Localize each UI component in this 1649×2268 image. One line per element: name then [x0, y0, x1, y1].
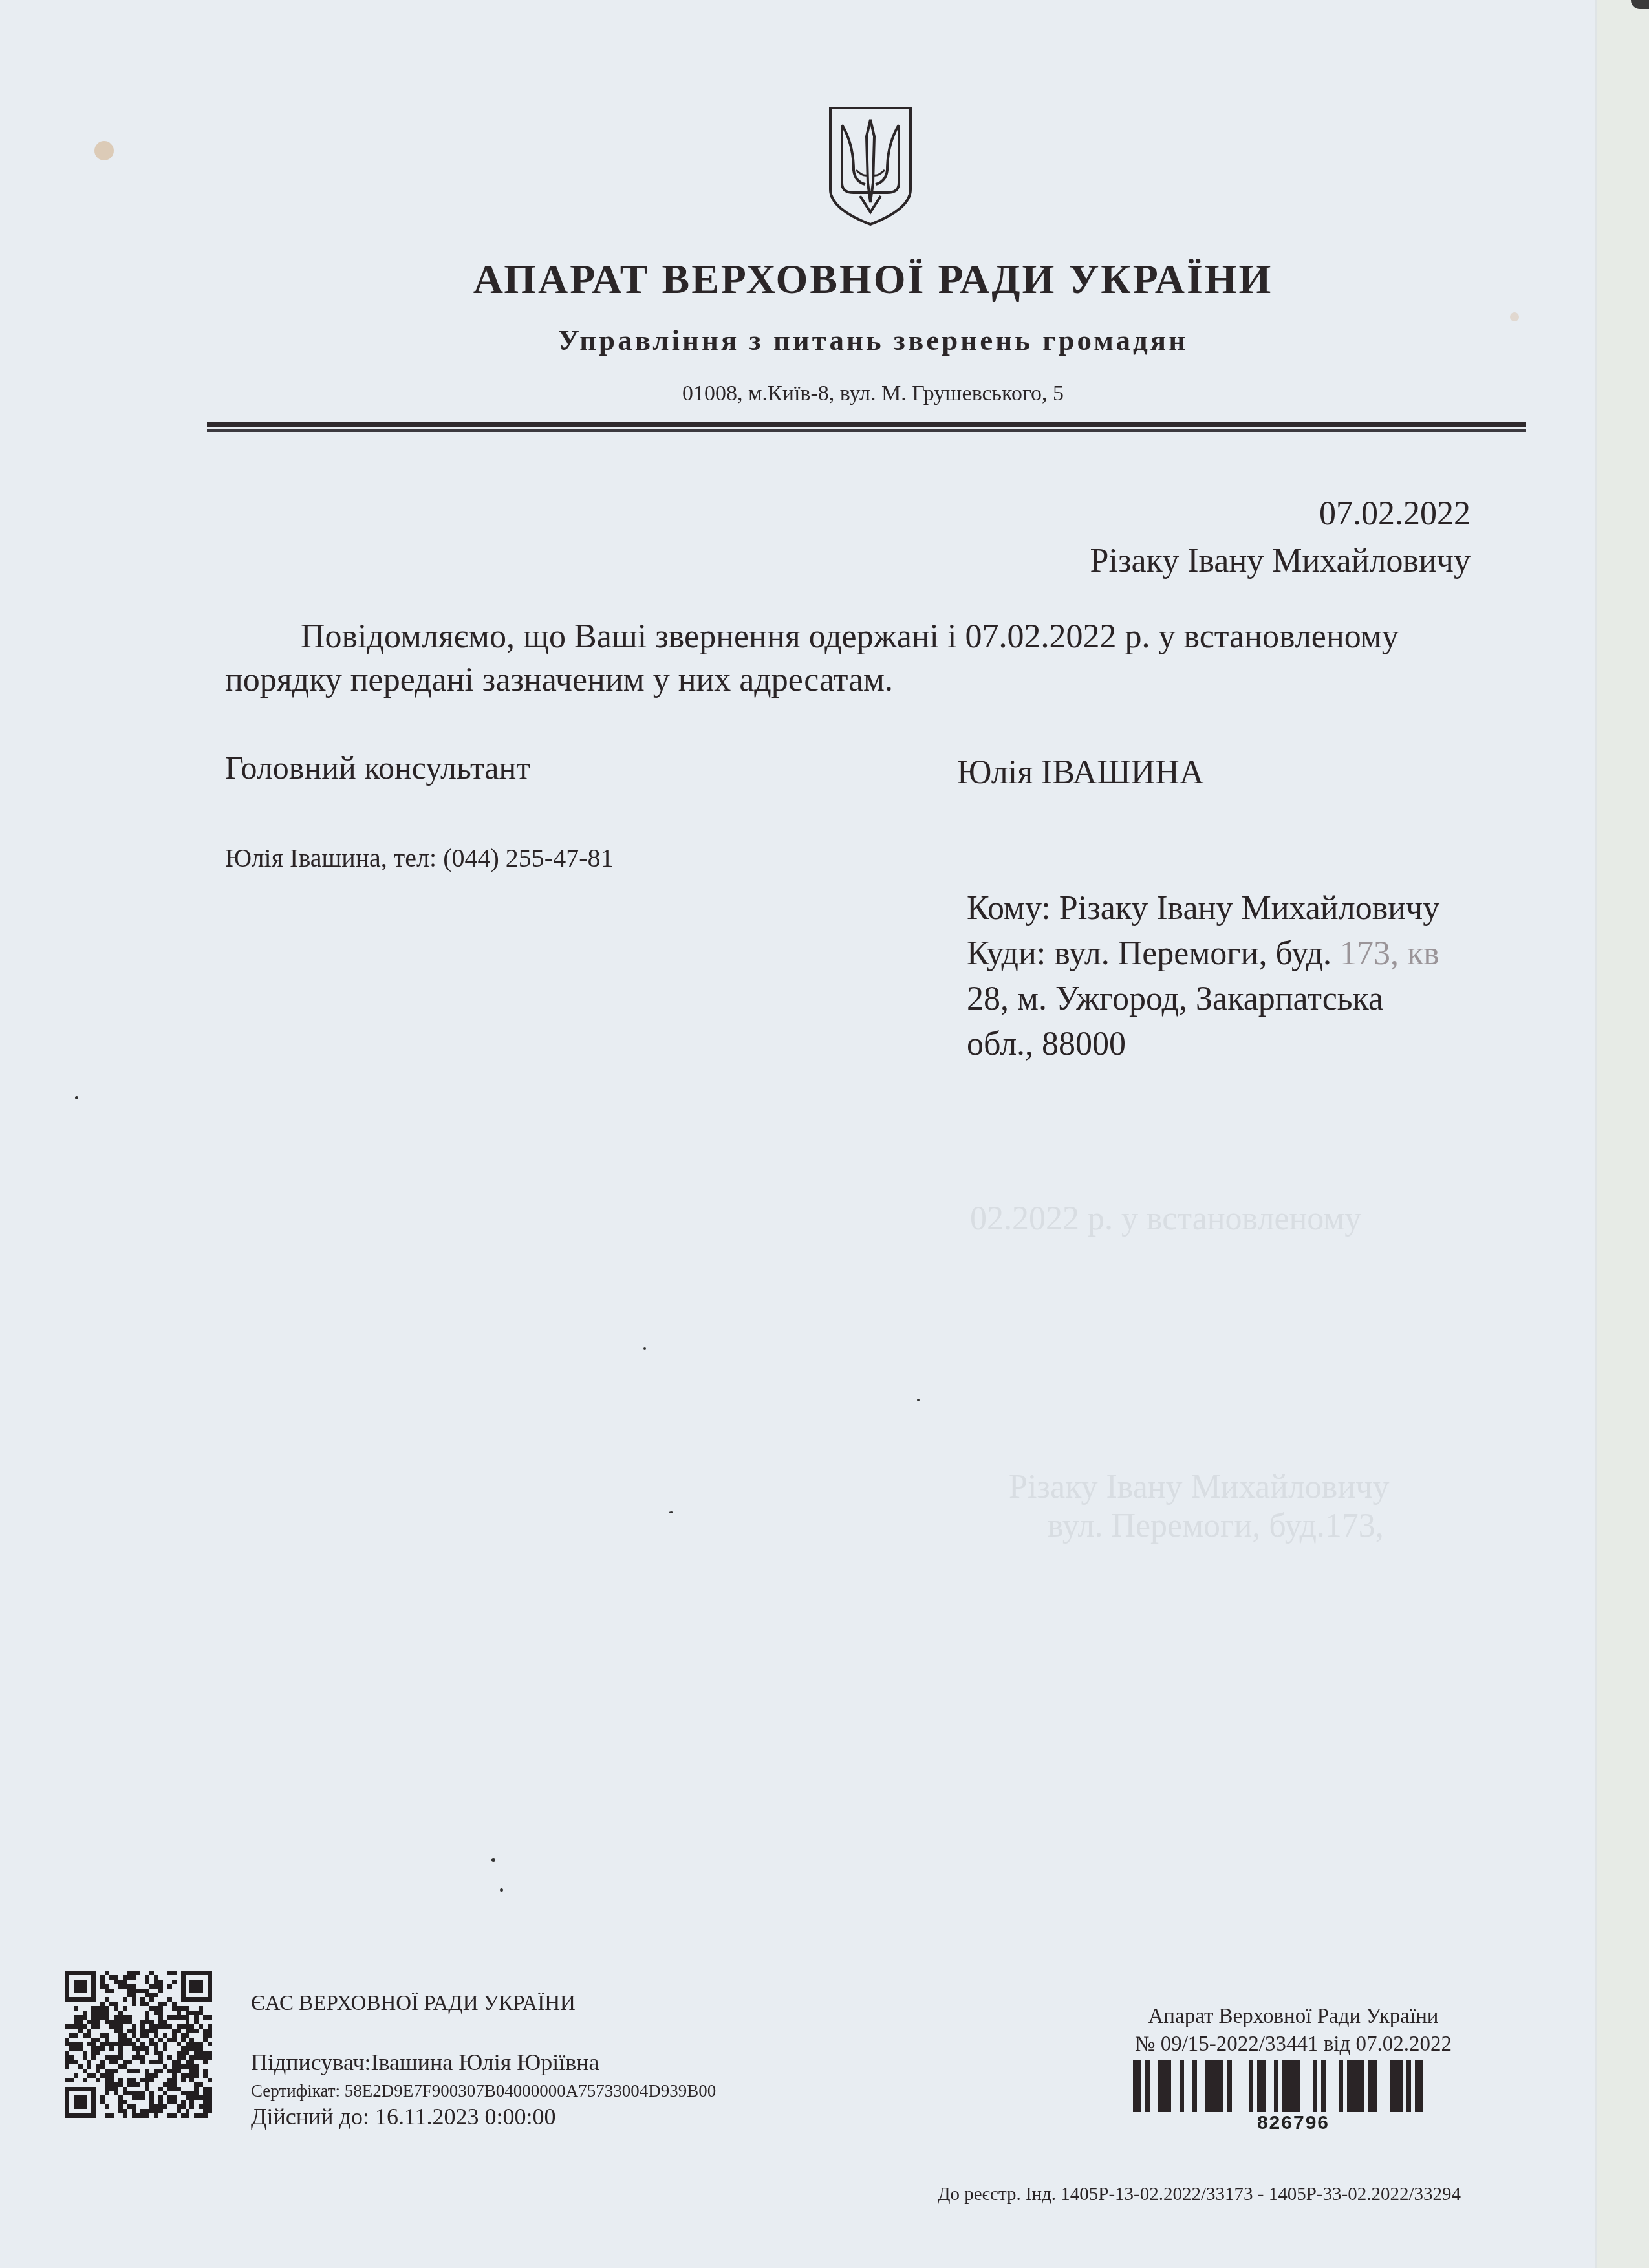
signature-certificate: Сертифікат: 58E2D9E7F900307B04000000A757…: [251, 2081, 716, 2101]
mailing-to-label: Кому:: [967, 890, 1051, 927]
letter-page: АПАРАТ ВЕРХОВНОЇ РАДИ УКРАЇНИ Управління…: [0, 0, 1595, 2268]
signature-signer: Підписувач:Івашина Юлія Юріївна: [251, 2049, 599, 2076]
scanner-corner: [1631, 0, 1649, 9]
signature-valid-until: Дійсний до: 16.11.2023 0:00:00: [251, 2103, 556, 2130]
letter-body-line: Повідомляємо, що Ваші звернення одержані…: [301, 618, 1399, 656]
paper-stain: [94, 141, 114, 160]
scanner-background-strip: [1595, 0, 1649, 2268]
show-through-text: Різаку Івану Михайловичу: [1009, 1468, 1389, 1506]
header-divider: [207, 429, 1526, 432]
mailing-where-city: 28, м. Ужгород, Закарпатська: [967, 977, 1549, 1022]
registration-number: № 09/15-2022/33441 від 07.02.2022: [1086, 2033, 1500, 2057]
letter-body-line: порядку передані зазначеним у них адреса…: [225, 661, 893, 699]
mailing-where-region: обл., 88000: [967, 1022, 1549, 1067]
signatory-position: Головний консультант: [225, 749, 530, 786]
paper-speck: [669, 1511, 673, 1513]
qr-code-icon: [65, 1971, 212, 2118]
mailing-where-street: вул. Перемоги, буд.: [1054, 935, 1331, 972]
paper-speck: [917, 1399, 920, 1401]
barcode-number: 826796: [1086, 2112, 1500, 2134]
letter-addressee: Різаку Івану Михайловичу: [1090, 542, 1471, 580]
paper-speck: [491, 1858, 495, 1862]
signature-system: ЄАС ВЕРХОВНОЇ РАДИ УКРАЇНИ: [251, 1992, 576, 2016]
organization-title: АПАРАТ ВЕРХОВНОЇ РАДИ УКРАЇНИ: [0, 255, 1649, 303]
paper-stain: [1510, 312, 1519, 321]
paper-speck: [643, 1347, 646, 1350]
department-title: Управління з питань звернень громадян: [0, 323, 1649, 357]
mailing-where-label: Куди:: [967, 935, 1046, 972]
signatory-name: Юлія ІВАШИНА: [957, 753, 1203, 792]
mailing-address-block: Кому: Різаку Івану Михайловичу Куди: вул…: [967, 886, 1549, 1067]
registration-organization: Апарат Верховної Ради України: [1086, 2005, 1500, 2029]
letter-date: 07.02.2022: [1319, 495, 1471, 533]
mailing-where-building: 173, кв: [1340, 935, 1439, 972]
register-index-note: До реєстр. Інд. 1405Р-13-02.2022/33173 -…: [938, 2184, 1461, 2205]
organization-address: 01008, м.Київ-8, вул. М. Грушевського, 5: [0, 382, 1649, 406]
barcode-icon: [1133, 2060, 1430, 2112]
paper-speck: [500, 1888, 503, 1892]
show-through-text: вул. Перемоги, буд.173,: [1048, 1507, 1384, 1545]
show-through-text: 02.2022 р. у встановленому: [970, 1200, 1361, 1238]
ukraine-trident-coat-of-arms-icon: [828, 105, 913, 227]
header-divider: [207, 422, 1526, 427]
contact-info: Юлія Івашина, тел: (044) 255-47-81: [225, 843, 613, 873]
mailing-to-value: Різаку Івану Михайловичу: [1059, 890, 1439, 927]
mailing-to-line: Кому: Різаку Івану Михайловичу: [967, 886, 1549, 931]
paper-speck: [75, 1096, 78, 1099]
mailing-where-line: Куди: вул. Перемоги, буд. 173, кв: [967, 931, 1549, 977]
